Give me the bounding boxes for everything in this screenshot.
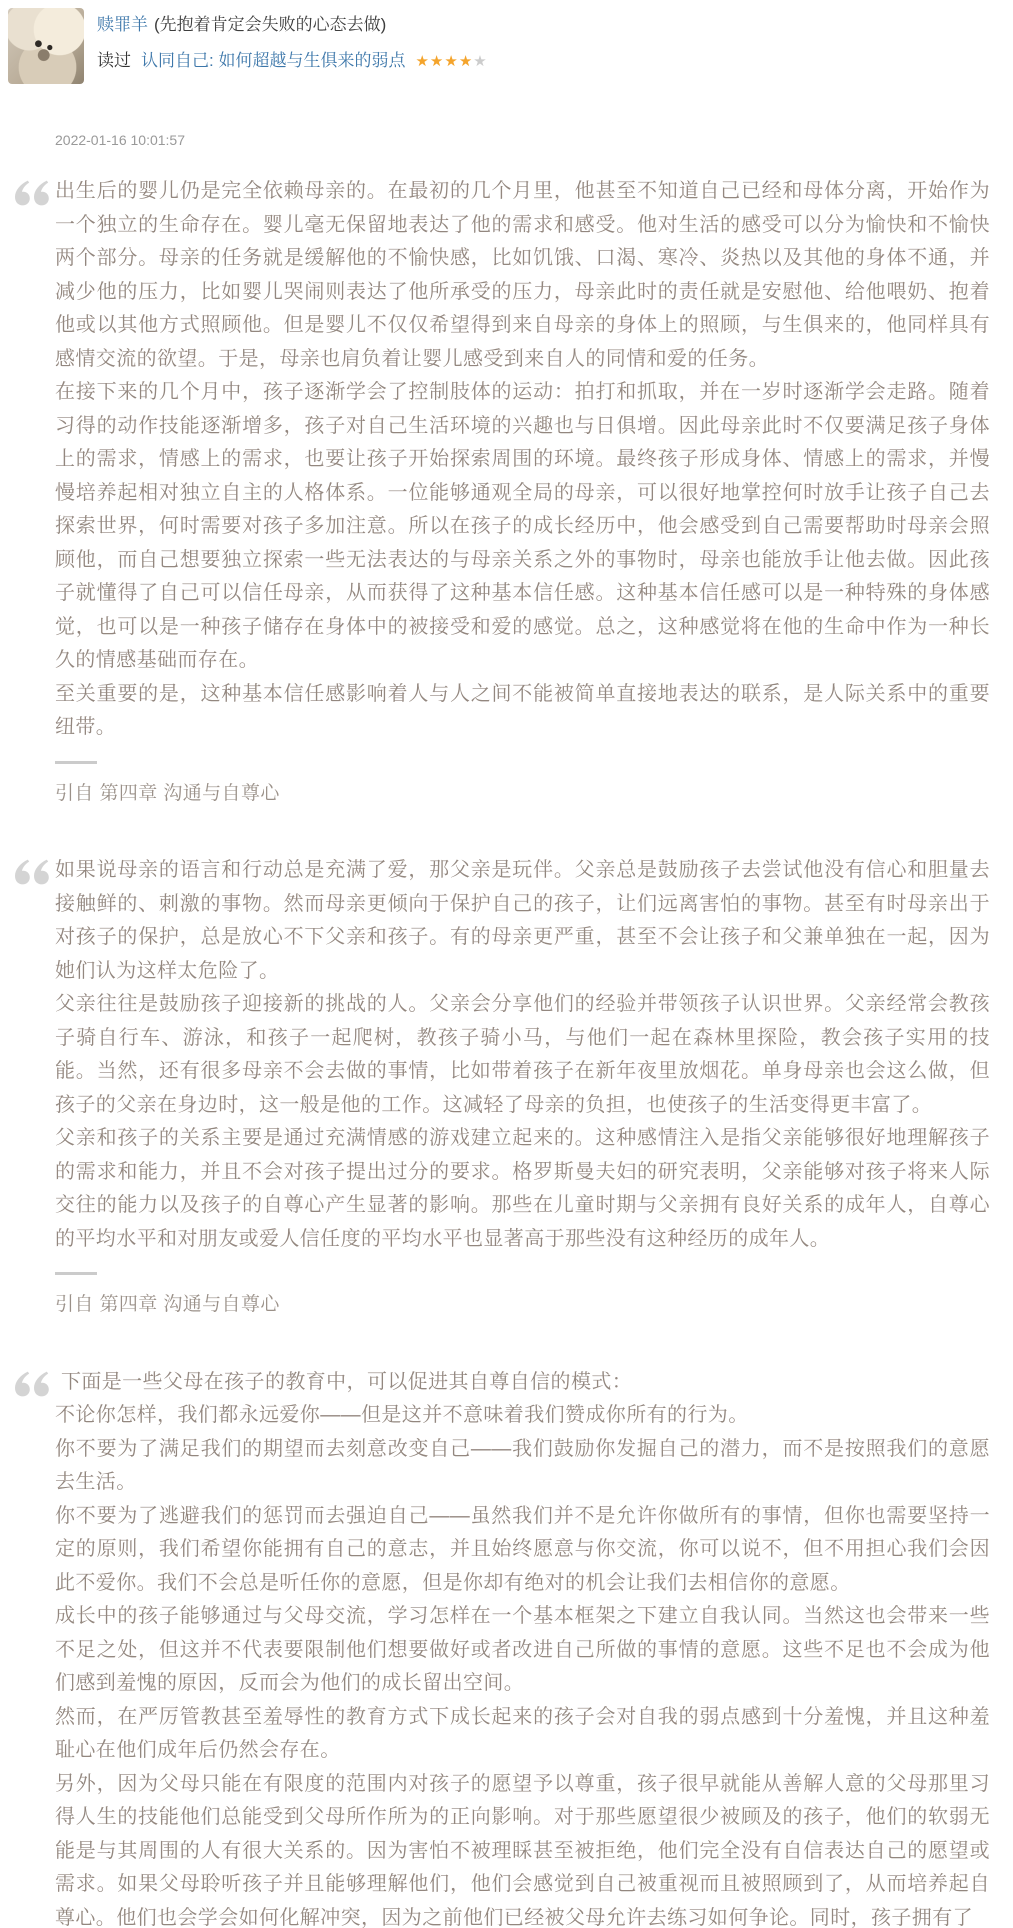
star-icon: ★ bbox=[459, 53, 473, 70]
star-icon: ★ bbox=[473, 53, 487, 70]
status-page: 赎罪羊(先抱着肯定会失败的心态去做) 读过 认同自己: 如何超越与生俱来的弱点 … bbox=[0, 0, 1013, 1928]
star-icon: ★ bbox=[415, 53, 429, 70]
quote-paragraph: 父亲和孩子的关系主要是通过充满情感的游戏建立起来的。这种感情注入是指父亲能够很好… bbox=[55, 1122, 990, 1256]
username-link[interactable]: 赎罪羊 bbox=[97, 15, 148, 34]
quote-paragraph: 至关重要的是，这种基本信任感影响着人与人之间不能被简单直接地表达的联系，是人际关… bbox=[55, 678, 990, 745]
quote-paragraph: 你不要为了逃避我们的惩罚而去强迫自己——虽然我们并不是允许你做所有的事情，但你也… bbox=[55, 1500, 990, 1601]
quote-block-2: 如果说母亲的语言和行动总是充满了爱，那父亲是玩伴。父亲总是鼓励孩子去尝试他没有信… bbox=[55, 854, 990, 1322]
star-icon: ★ bbox=[430, 53, 444, 70]
quote-icon bbox=[13, 859, 49, 885]
quote-paragraph: 你不要为了满足我们的期望而去刻意改变自己——我们鼓励你发掘自己的潜力，而不是按照… bbox=[55, 1433, 990, 1500]
quote-icon bbox=[13, 1371, 49, 1397]
quote-paragraph: 下面是一些父母在孩子的教育中，可以促进其自尊自信的模式： bbox=[55, 1366, 990, 1400]
user-line: 赎罪羊(先抱着肯定会失败的心态去做) bbox=[97, 14, 1013, 36]
status-line: 读过 认同自己: 如何超越与生俱来的弱点 ★★★★★ bbox=[97, 50, 1013, 72]
status-header: 赎罪羊(先抱着肯定会失败的心态去做) 读过 认同自己: 如何超越与生俱来的弱点 … bbox=[0, 0, 1013, 94]
quote-block-3: 下面是一些父母在孩子的教育中，可以促进其自尊自信的模式： 不论你怎样，我们都永远… bbox=[55, 1366, 990, 1928]
citation-source[interactable]: 引自 第四章 沟通与自尊心 bbox=[55, 777, 990, 811]
avatar[interactable] bbox=[8, 8, 84, 84]
quote-paragraph: 成长中的孩子能够通过与父母交流，学习怎样在一个基本框架之下建立自我认同。当然这也… bbox=[55, 1600, 990, 1701]
quote-paragraph: 父亲往往是鼓励孩子迎接新的挑战的人。父亲会分享他们的经验并带领孩子认识世界。父亲… bbox=[55, 988, 990, 1122]
user-signature: (先抱着肯定会失败的心态去做) bbox=[154, 15, 386, 34]
rating-stars: ★★★★★ bbox=[415, 54, 487, 69]
citation-divider bbox=[55, 1272, 97, 1275]
quote-paragraph: 然而，在严厉管教甚至羞辱性的教育方式下成长起来的孩子会对自我的弱点感到十分羞愧，… bbox=[55, 1701, 990, 1768]
quote-paragraph: 如果说母亲的语言和行动总是充满了爱，那父亲是玩伴。父亲总是鼓励孩子去尝试他没有信… bbox=[55, 854, 990, 988]
quote-icon bbox=[13, 180, 49, 206]
book-title-link[interactable]: 认同自己: 如何超越与生俱来的弱点 bbox=[141, 50, 405, 72]
quote-paragraph: 出生后的婴儿仍是完全依赖母亲的。在最初的几个月里，他甚至不知道自己已经和母体分离… bbox=[55, 175, 990, 376]
quote-paragraph: 在接下来的几个月中，孩子逐渐学会了控制肢体的运动：拍打和抓取，并在一岁时逐渐学会… bbox=[55, 376, 990, 678]
action-label: 读过 bbox=[97, 50, 131, 72]
citation-divider bbox=[55, 761, 97, 764]
citation-source[interactable]: 引自 第四章 沟通与自尊心 bbox=[55, 1288, 990, 1322]
quote-paragraph: 另外，因为父母只能在有限度的范围内对孩子的愿望予以尊重，孩子很早就能从善解人意的… bbox=[55, 1768, 990, 1928]
timestamp: 2022-01-16 10:01:57 bbox=[55, 132, 1013, 149]
header-text: 赎罪羊(先抱着肯定会失败的心态去做) 读过 认同自己: 如何超越与生俱来的弱点 … bbox=[97, 8, 1013, 72]
quote-block-1: 出生后的婴儿仍是完全依赖母亲的。在最初的几个月里，他甚至不知道自己已经和母体分离… bbox=[55, 175, 990, 810]
quote-paragraph: 不论你怎样，我们都永远爱你——但是这并不意味着我们赞成你所有的行为。 bbox=[55, 1399, 990, 1433]
star-icon: ★ bbox=[444, 53, 458, 70]
